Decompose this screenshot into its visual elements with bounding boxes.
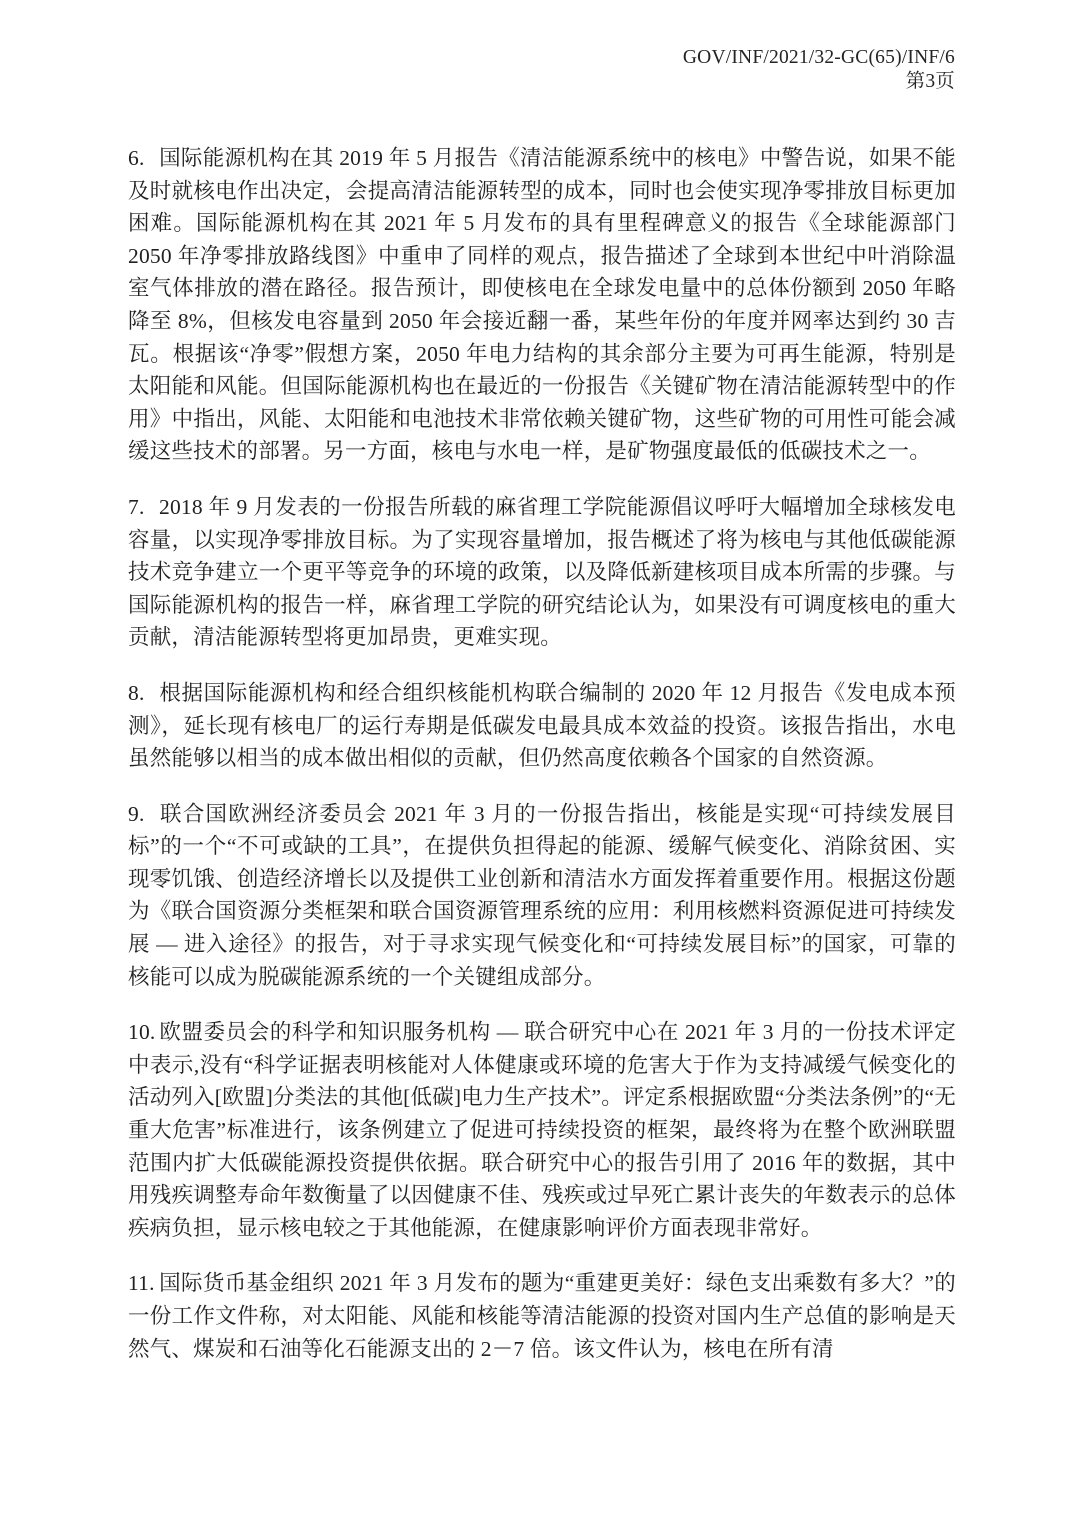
paragraph-number: 6. — [128, 142, 159, 175]
page-header: GOV/INF/2021/32-GC(65)/INF/6 第3页 — [683, 46, 955, 93]
paragraph: 7.2018 年 9 月发表的一份报告所载的麻省理工学院能源倡议呼吁大幅增加全球… — [128, 491, 956, 654]
document-reference-number: GOV/INF/2021/32-GC(65)/INF/6 — [683, 46, 955, 69]
paragraph-text: 联合国欧洲经济委员会 2021 年 3 月的一份报告指出，核能是实现“可持续发展… — [128, 802, 956, 989]
paragraph-number: 8. — [128, 677, 159, 710]
paragraph: 6.国际能源机构在其 2019 年 5 月报告《清洁能源系统中的核电》中警告说，… — [128, 142, 956, 468]
paragraph-number: 7. — [128, 491, 159, 524]
document-page: GOV/INF/2021/32-GC(65)/INF/6 第3页 6.国际能源机… — [0, 0, 1079, 1526]
paragraph: 8.根据国际能源机构和经合组织核能机构联合编制的 2020 年 12 月报告《发… — [128, 677, 956, 775]
paragraph-text: 2018 年 9 月发表的一份报告所载的麻省理工学院能源倡议呼吁大幅增加全球核发… — [128, 495, 956, 649]
paragraph: 9.联合国欧洲经济委员会 2021 年 3 月的一份报告指出，核能是实现“可持续… — [128, 798, 956, 994]
paragraph-number: 9. — [128, 798, 159, 831]
paragraph-text: 国际货币基金组织 2021 年 3 月发布的题为“重建更美好：绿色支出乘数有多大… — [128, 1271, 956, 1360]
document-body: 6.国际能源机构在其 2019 年 5 月报告《清洁能源系统中的核电》中警告说，… — [128, 142, 956, 1365]
paragraph-number: 11. — [128, 1267, 159, 1300]
paragraph-text: 欧盟委员会的科学和知识服务机构 — 联合研究中心在 2021 年 3 月的一份技… — [128, 1020, 956, 1240]
paragraph-text: 国际能源机构在其 2019 年 5 月报告《清洁能源系统中的核电》中警告说，如果… — [128, 146, 956, 463]
paragraph-number: 10. — [128, 1016, 159, 1049]
paragraph: 10.欧盟委员会的科学和知识服务机构 — 联合研究中心在 2021 年 3 月的… — [128, 1016, 956, 1244]
page-number-label: 第3页 — [683, 70, 955, 93]
paragraph: 11.国际货币基金组织 2021 年 3 月发布的题为“重建更美好：绿色支出乘数… — [128, 1267, 956, 1365]
paragraph-text: 根据国际能源机构和经合组织核能机构联合编制的 2020 年 12 月报告《发电成… — [128, 681, 956, 770]
